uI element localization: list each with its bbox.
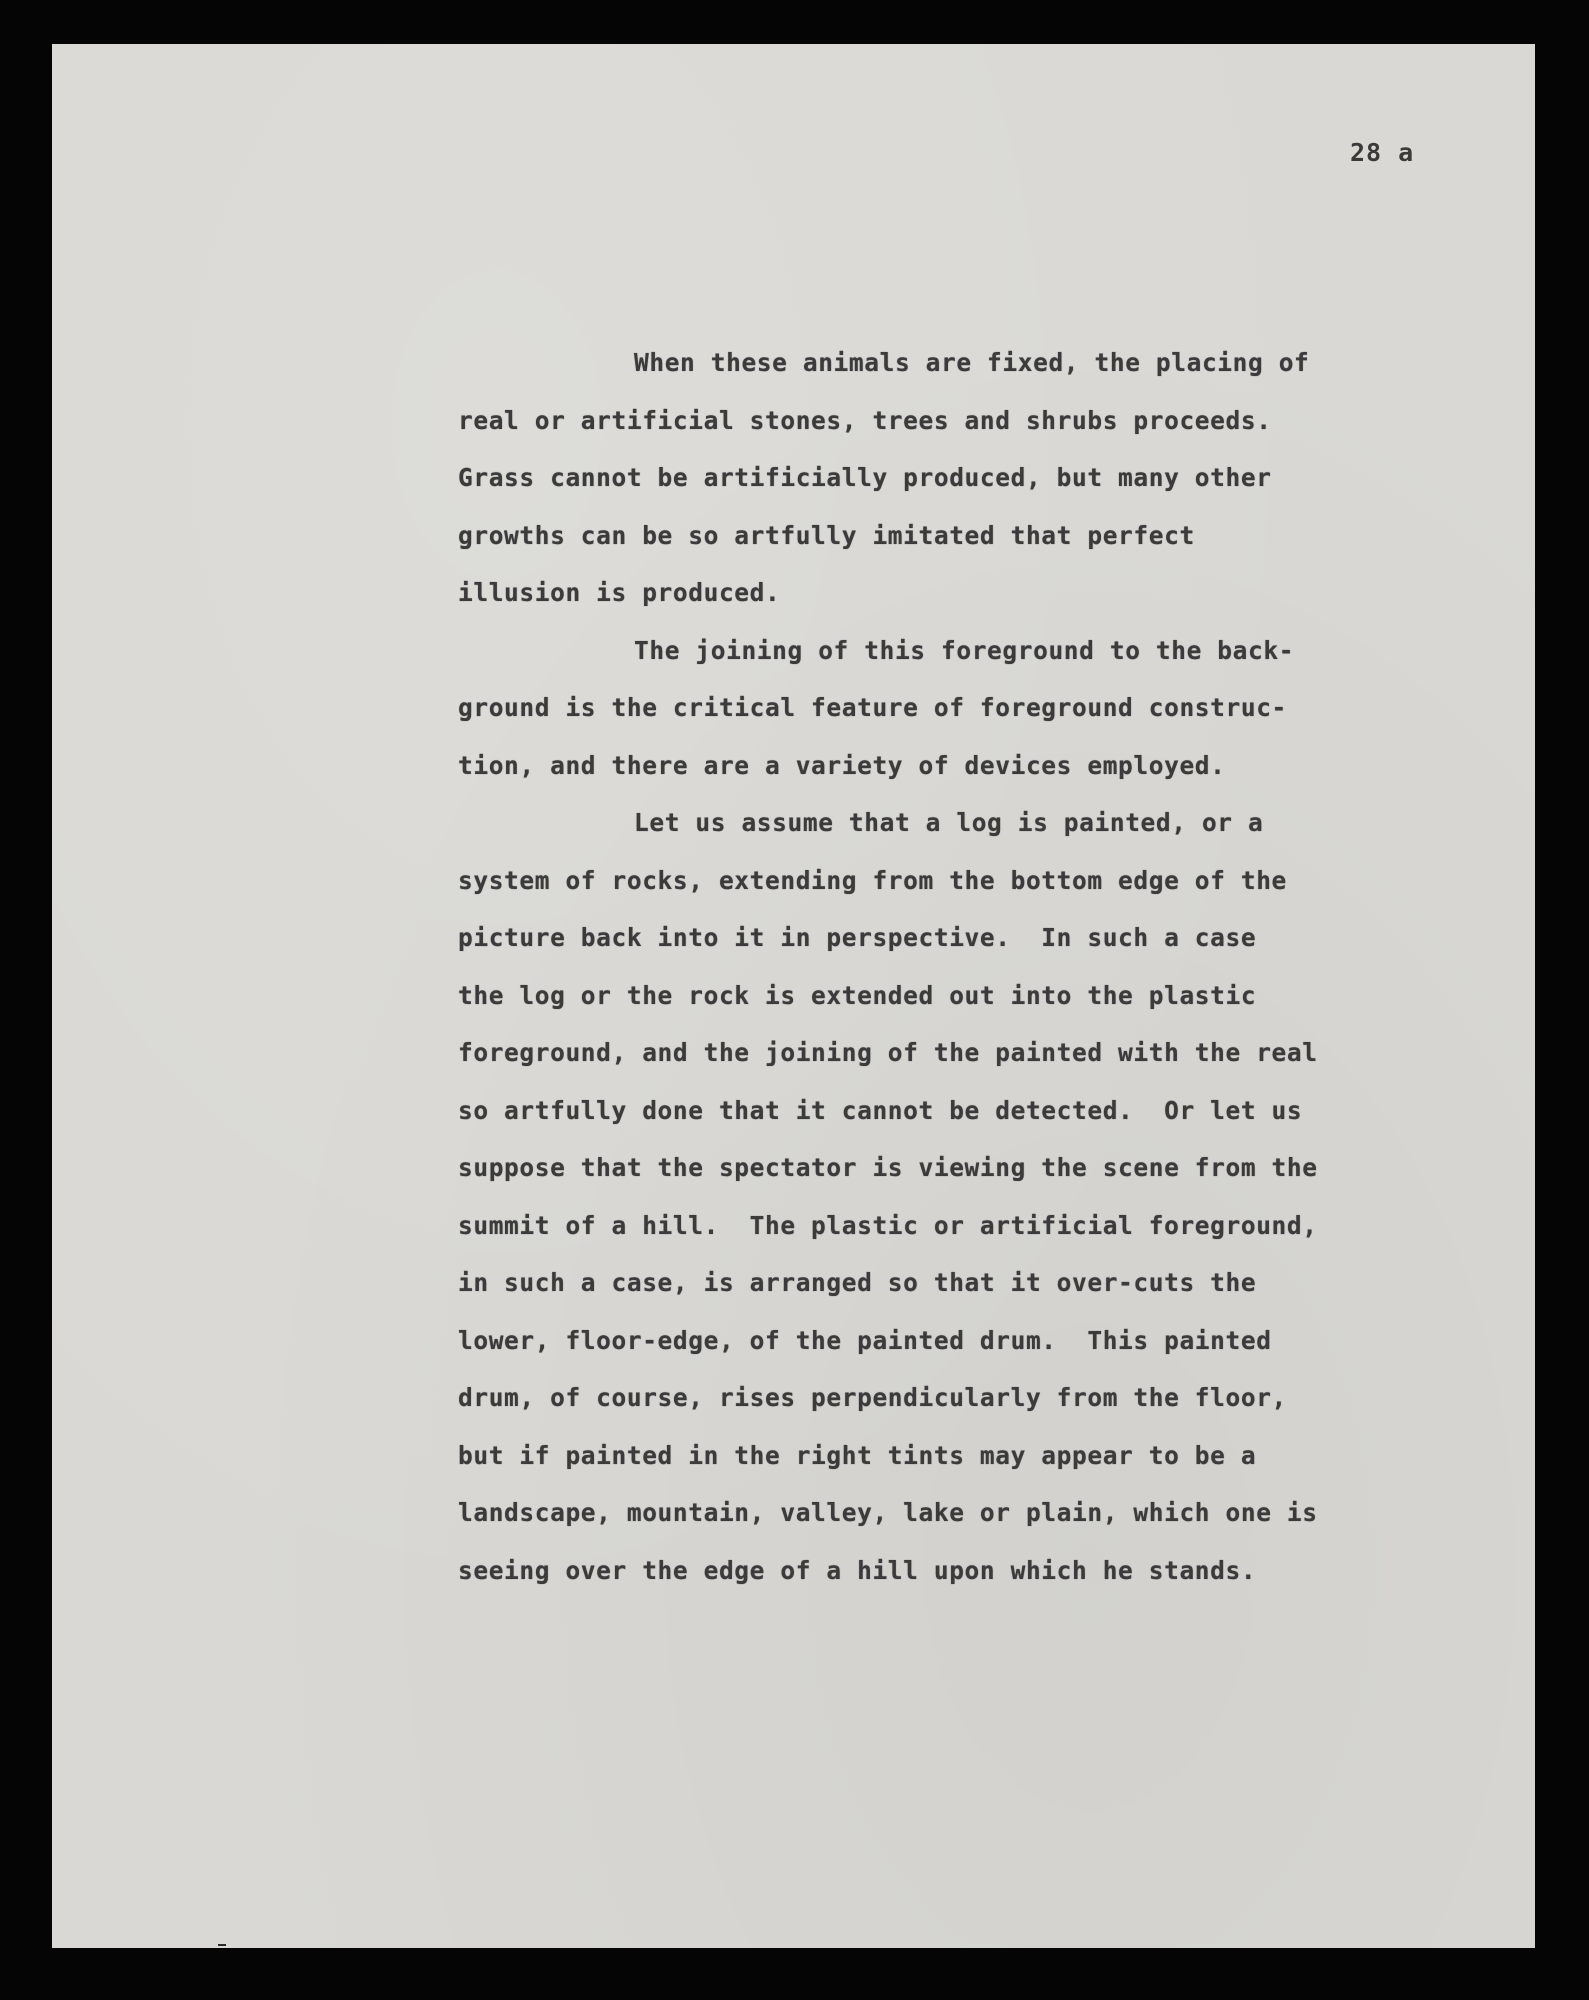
paragraph: When these animals are fixed, the placin… [458,334,1458,622]
ink-speck [218,1944,226,1946]
text-line: illusion is produced. [458,564,1458,622]
text-line: Let us assume that a log is painted, or … [458,794,1458,852]
text-line: picture back into it in perspective. In … [458,909,1458,967]
text-line: summit of a hill. The plastic or artific… [458,1197,1458,1255]
text-line: landscape, mountain, valley, lake or pla… [458,1484,1458,1542]
text-line: When these animals are fixed, the placin… [458,334,1458,392]
body-text: When these animals are fixed, the placin… [458,334,1458,1599]
text-line: so artfully done that it cannot be detec… [458,1082,1458,1140]
text-line: seeing over the edge of a hill upon whic… [458,1542,1458,1600]
text-line: suppose that the spectator is viewing th… [458,1139,1458,1197]
text-line: ground is the critical feature of foregr… [458,679,1458,737]
text-line: tion, and there are a variety of devices… [458,737,1458,795]
text-line: drum, of course, rises perpendicularly f… [458,1369,1458,1427]
text-line: Grass cannot be artificially produced, b… [458,449,1458,507]
text-line: but if painted in the right tints may ap… [458,1427,1458,1485]
paragraph: Let us assume that a log is painted, or … [458,794,1458,1599]
text-line: foreground, and the joining of the paint… [458,1024,1458,1082]
text-line: lower, floor-edge, of the painted drum. … [458,1312,1458,1370]
text-line: growths can be so artfully imitated that… [458,507,1458,565]
typewritten-page: 28 a When these animals are fixed, the p… [52,44,1535,1948]
paragraph: The joining of this foreground to the ba… [458,622,1458,795]
text-line: in such a case, is arranged so that it o… [458,1254,1458,1312]
text-line: system of rocks, extending from the bott… [458,852,1458,910]
page-number: 28 a [1350,138,1414,167]
text-line: real or artificial stones, trees and shr… [458,392,1458,450]
text-line: the log or the rock is extended out into… [458,967,1458,1025]
text-line: The joining of this foreground to the ba… [458,622,1458,680]
